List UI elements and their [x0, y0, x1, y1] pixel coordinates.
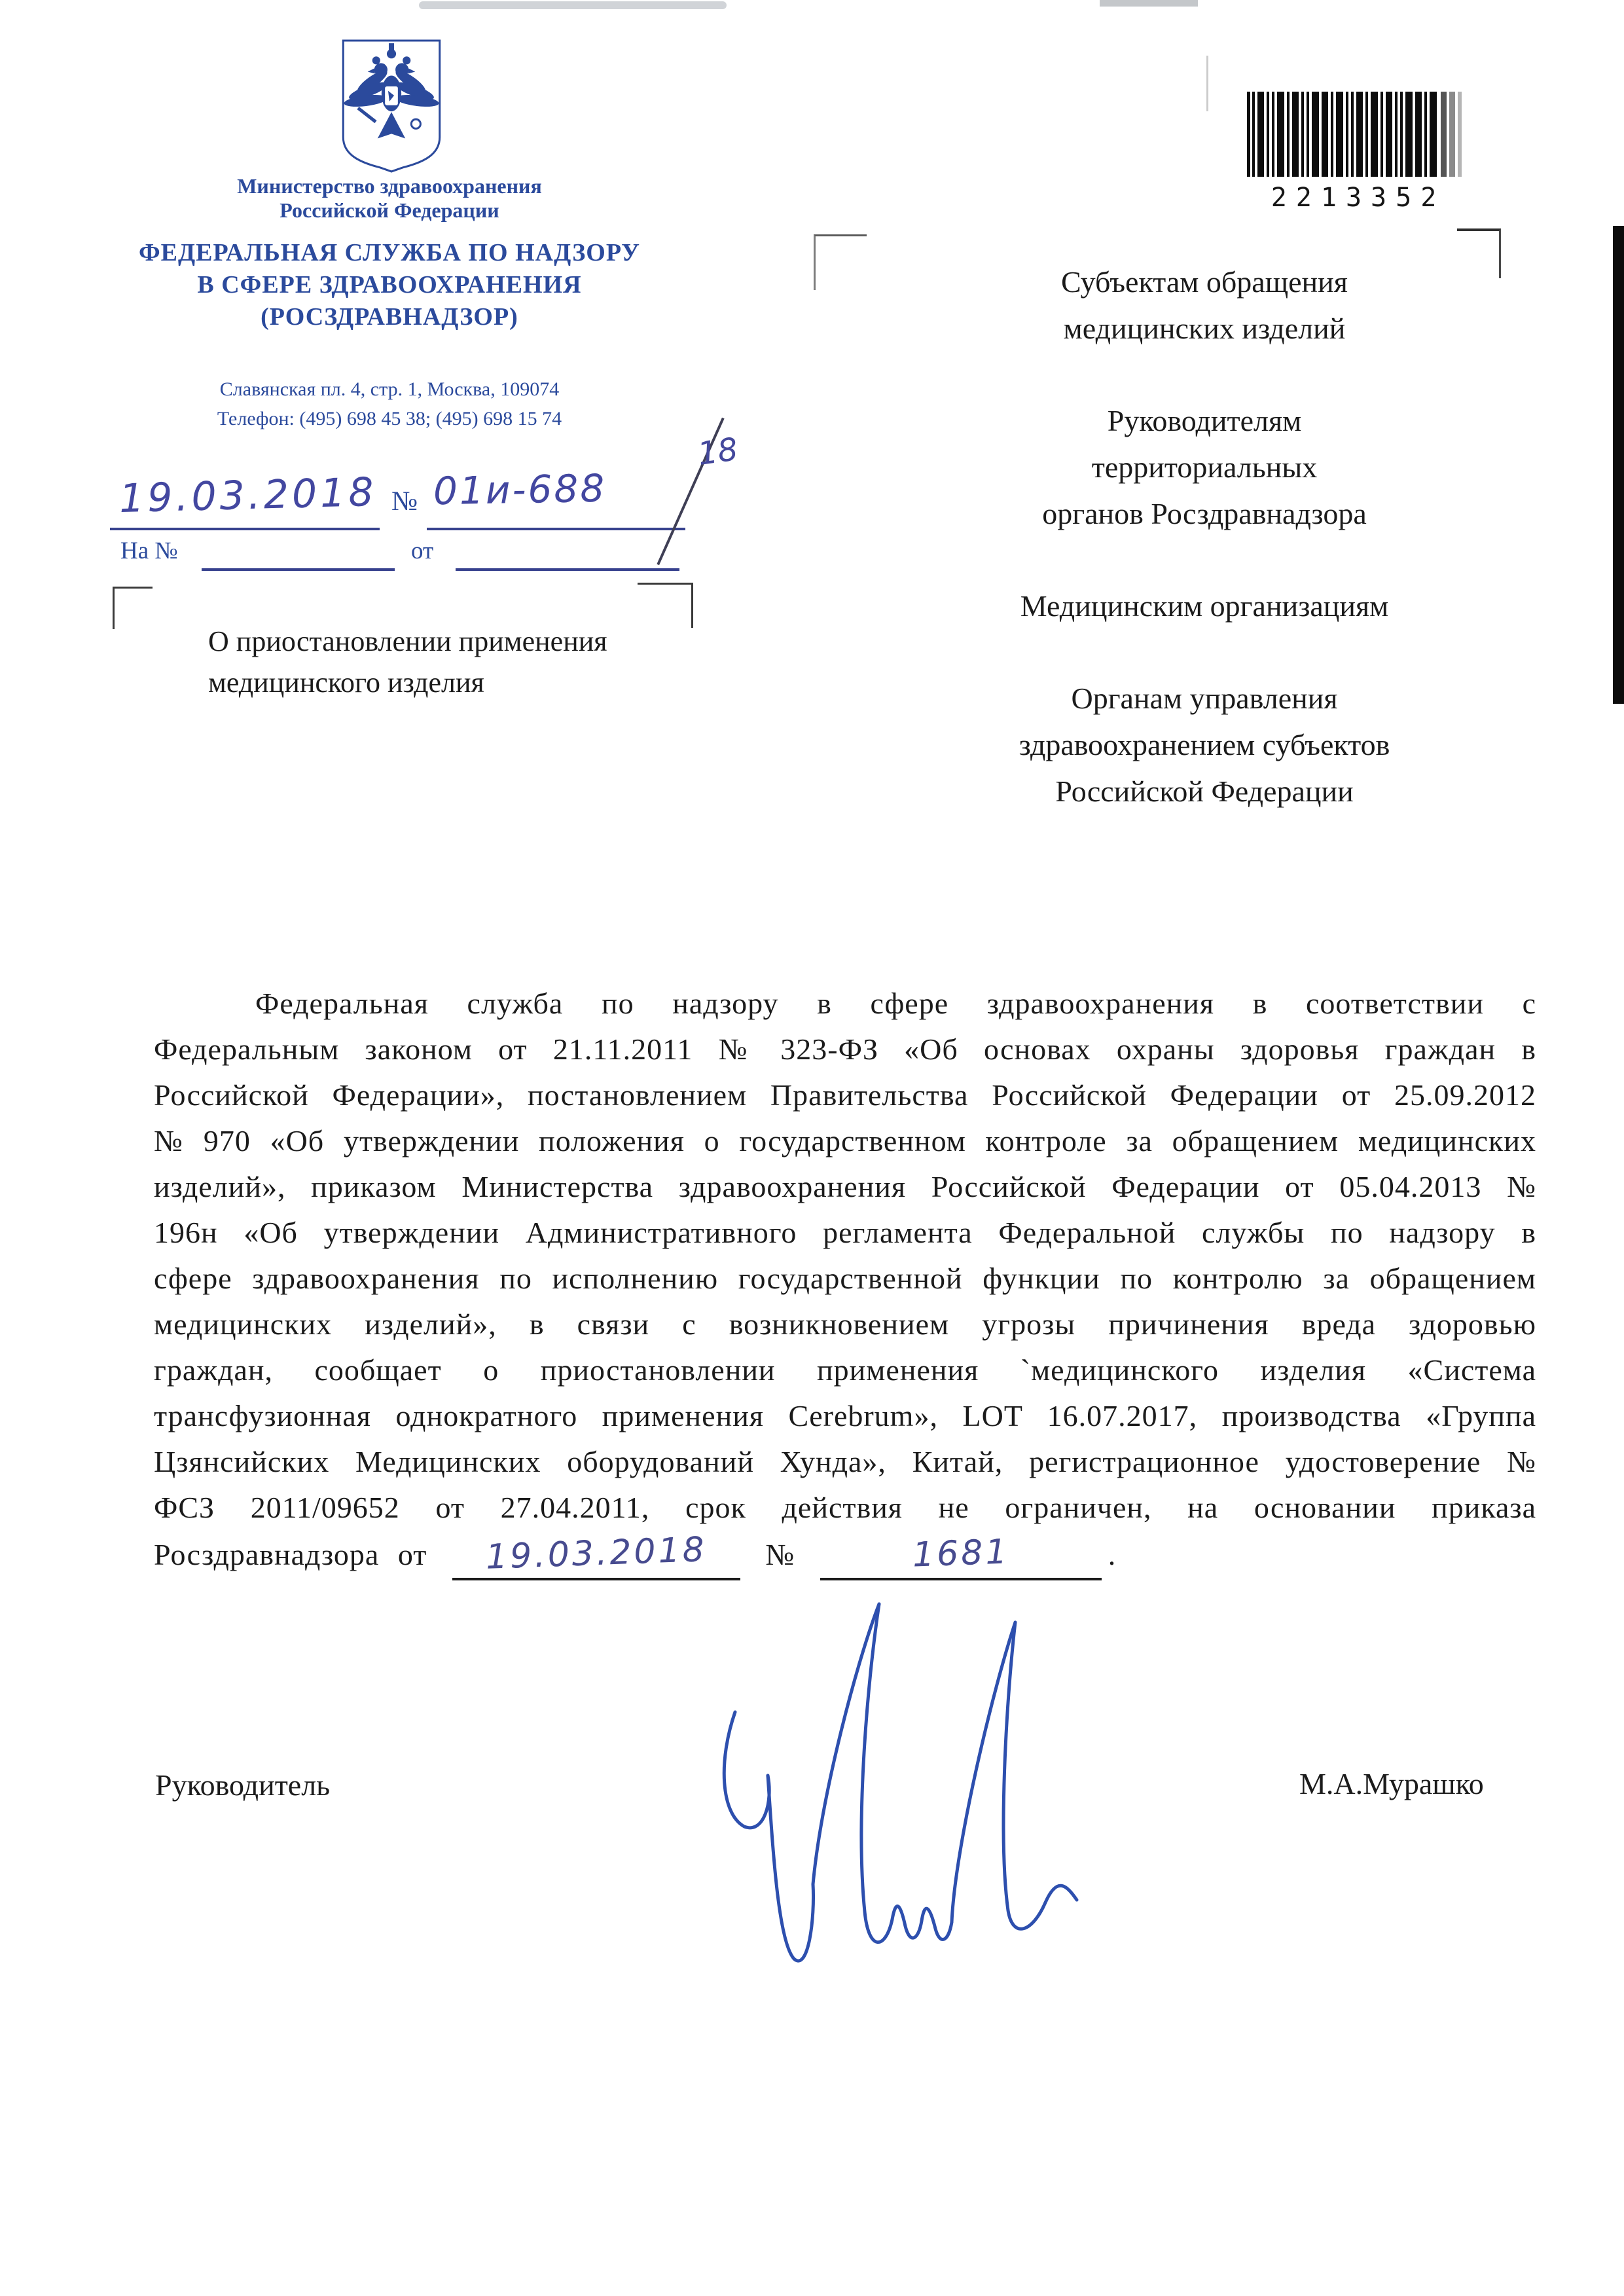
- letter-body: Федеральная служба по надзору в сфере зд…: [154, 981, 1536, 1580]
- scan-smudge: [1206, 56, 1208, 111]
- number-underline: [427, 528, 685, 530]
- barcode: 2213352: [1247, 92, 1463, 213]
- order-number-sign: №: [765, 1538, 795, 1571]
- recipients-block: Субъектам обращения медицинских изделий …: [844, 259, 1564, 860]
- subject-field-corner-right: [638, 583, 693, 628]
- body-period: .: [1108, 1538, 1117, 1571]
- recipient-medical-organizations: Медицинским организациям: [844, 583, 1564, 629]
- order-date-blank: 19.03.2018: [452, 1531, 740, 1580]
- reply-from-label: от: [411, 537, 433, 565]
- body-main-text: Федеральная служба по надзору в сфере зд…: [154, 987, 1536, 1571]
- subject-field-corner-left: [113, 587, 153, 629]
- date-underline: [110, 528, 380, 530]
- reply-number-blank: [202, 568, 395, 571]
- outgoing-number-handwritten: 01и-688: [433, 466, 606, 514]
- signer-name: М.А.Мурашко: [1299, 1766, 1484, 1801]
- recipient-subjects-of-circulation: Субъектам обращения медицинских изделий: [844, 259, 1564, 352]
- recipient-health-authorities: Органам управления здравоохранением субъ…: [844, 675, 1564, 814]
- signer-title: Руководитель: [155, 1768, 330, 1802]
- scan-smudge: [419, 1, 727, 9]
- barcode-number: 2213352: [1254, 183, 1463, 213]
- russian-coat-of-arms-icon: [339, 38, 444, 173]
- signature-ink: [710, 1597, 1116, 1977]
- address-phone: Славянская пл. 4, стр. 1, Москва, 109074…: [98, 374, 681, 433]
- recipient-territorial-heads: Руководителям территориальных органов Ро…: [844, 397, 1564, 537]
- barcode-bars: [1247, 92, 1463, 178]
- order-date-handwritten: 19.03.2018: [485, 1527, 708, 1580]
- scanned-letter-page: Министерство здравоохранения Российской …: [0, 0, 1624, 2296]
- scan-smudge: [1100, 0, 1198, 7]
- federal-service-name: ФЕДЕРАЛЬНАЯ СЛУЖБА ПО НАДЗОРУ В СФЕРЕ ЗД…: [98, 237, 681, 333]
- ministry-name: Министерство здравоохранения Российской …: [98, 174, 681, 223]
- reply-to-number-label: На №: [120, 537, 178, 565]
- order-number-handwritten: 1681: [911, 1529, 1010, 1578]
- number-suffix-handwritten: 18: [695, 431, 740, 473]
- number-sign: №: [391, 486, 418, 517]
- scan-edge-shadow: [1613, 226, 1624, 704]
- outgoing-date-handwritten: 19.03.2018: [118, 469, 377, 522]
- reply-date-blank: [456, 568, 679, 571]
- letter-subject: О приостановлении применения медицинског…: [208, 621, 607, 703]
- order-number-blank: 1681: [820, 1531, 1102, 1580]
